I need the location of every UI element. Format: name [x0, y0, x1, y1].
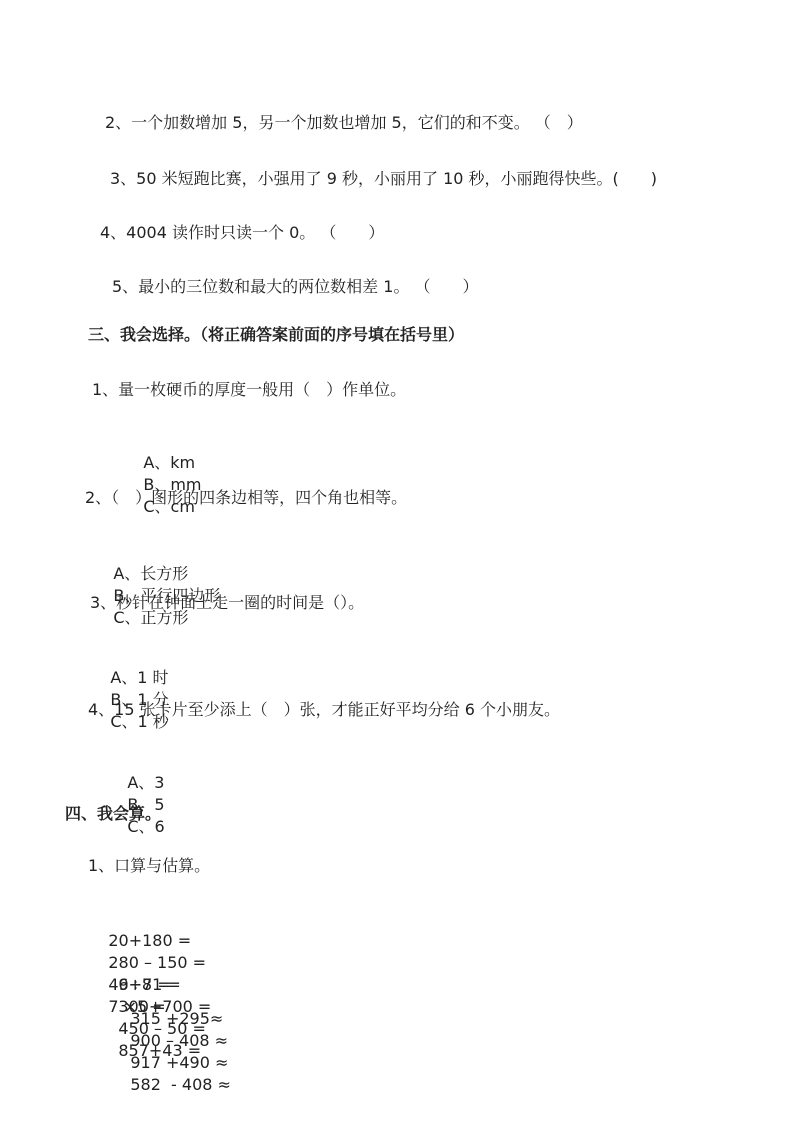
- worksheet-page: 2、一个加数增加 5，另一个加数也增加 5，它们的和不变。 （ ） 3、50 米…: [0, 0, 793, 1122]
- math-expression: 582 - 408 ≈: [130, 1074, 231, 1096]
- option-a: A、长方形: [113, 563, 188, 585]
- choice-question-3: 3、秒针在钟面上走一圈的时间是（）。: [90, 592, 364, 614]
- section-heading-choice: 三、我会选择。（将正确答案前面的序号填在括号里）: [88, 324, 464, 346]
- choice-options-1: A、km B、mm C、cm: [123, 430, 238, 540]
- option-a: A、3: [127, 772, 164, 794]
- calc-row-3: 315 +295≈ 900 – 408 ≈ 917 +490 ≈ 582 - 4…: [110, 986, 256, 1118]
- math-expression: 315 +295≈: [130, 1008, 223, 1030]
- choice-question-2: 2、（ ）图形的四条边相等，四个角也相等。: [85, 487, 407, 509]
- option-a: A、km: [143, 452, 195, 474]
- judge-question-3: 3、50 米短跑比赛，小强用了 9 秒，小丽用了 10 秒，小丽跑得快些。( ): [110, 168, 657, 190]
- judge-question-2: 2、一个加数增加 5，另一个加数也增加 5，它们的和不变。 （ ）: [105, 112, 583, 134]
- choice-question-4: 4、15 张卡片至少添上（ ）张，才能正好平均分给 6 个小朋友。: [88, 699, 560, 721]
- math-expression: 917 +490 ≈: [130, 1052, 228, 1074]
- calc-subheading: 1、口算与估算。: [88, 855, 210, 877]
- judge-question-5: 5、最小的三位数和最大的两位数相差 1。 （ ）: [112, 276, 479, 298]
- choice-question-1: 1、量一枚硬币的厚度一般用（ ）作单位。: [92, 379, 406, 401]
- math-expression: 20+180 =: [108, 930, 191, 952]
- section-heading-calc: 四、我会算。: [65, 803, 161, 825]
- option-a: A、1 时: [110, 667, 168, 689]
- math-expression: 900 – 408 ≈: [130, 1030, 228, 1052]
- judge-question-4: 4、4004 读作时只读一个 0。 （ ）: [100, 222, 384, 244]
